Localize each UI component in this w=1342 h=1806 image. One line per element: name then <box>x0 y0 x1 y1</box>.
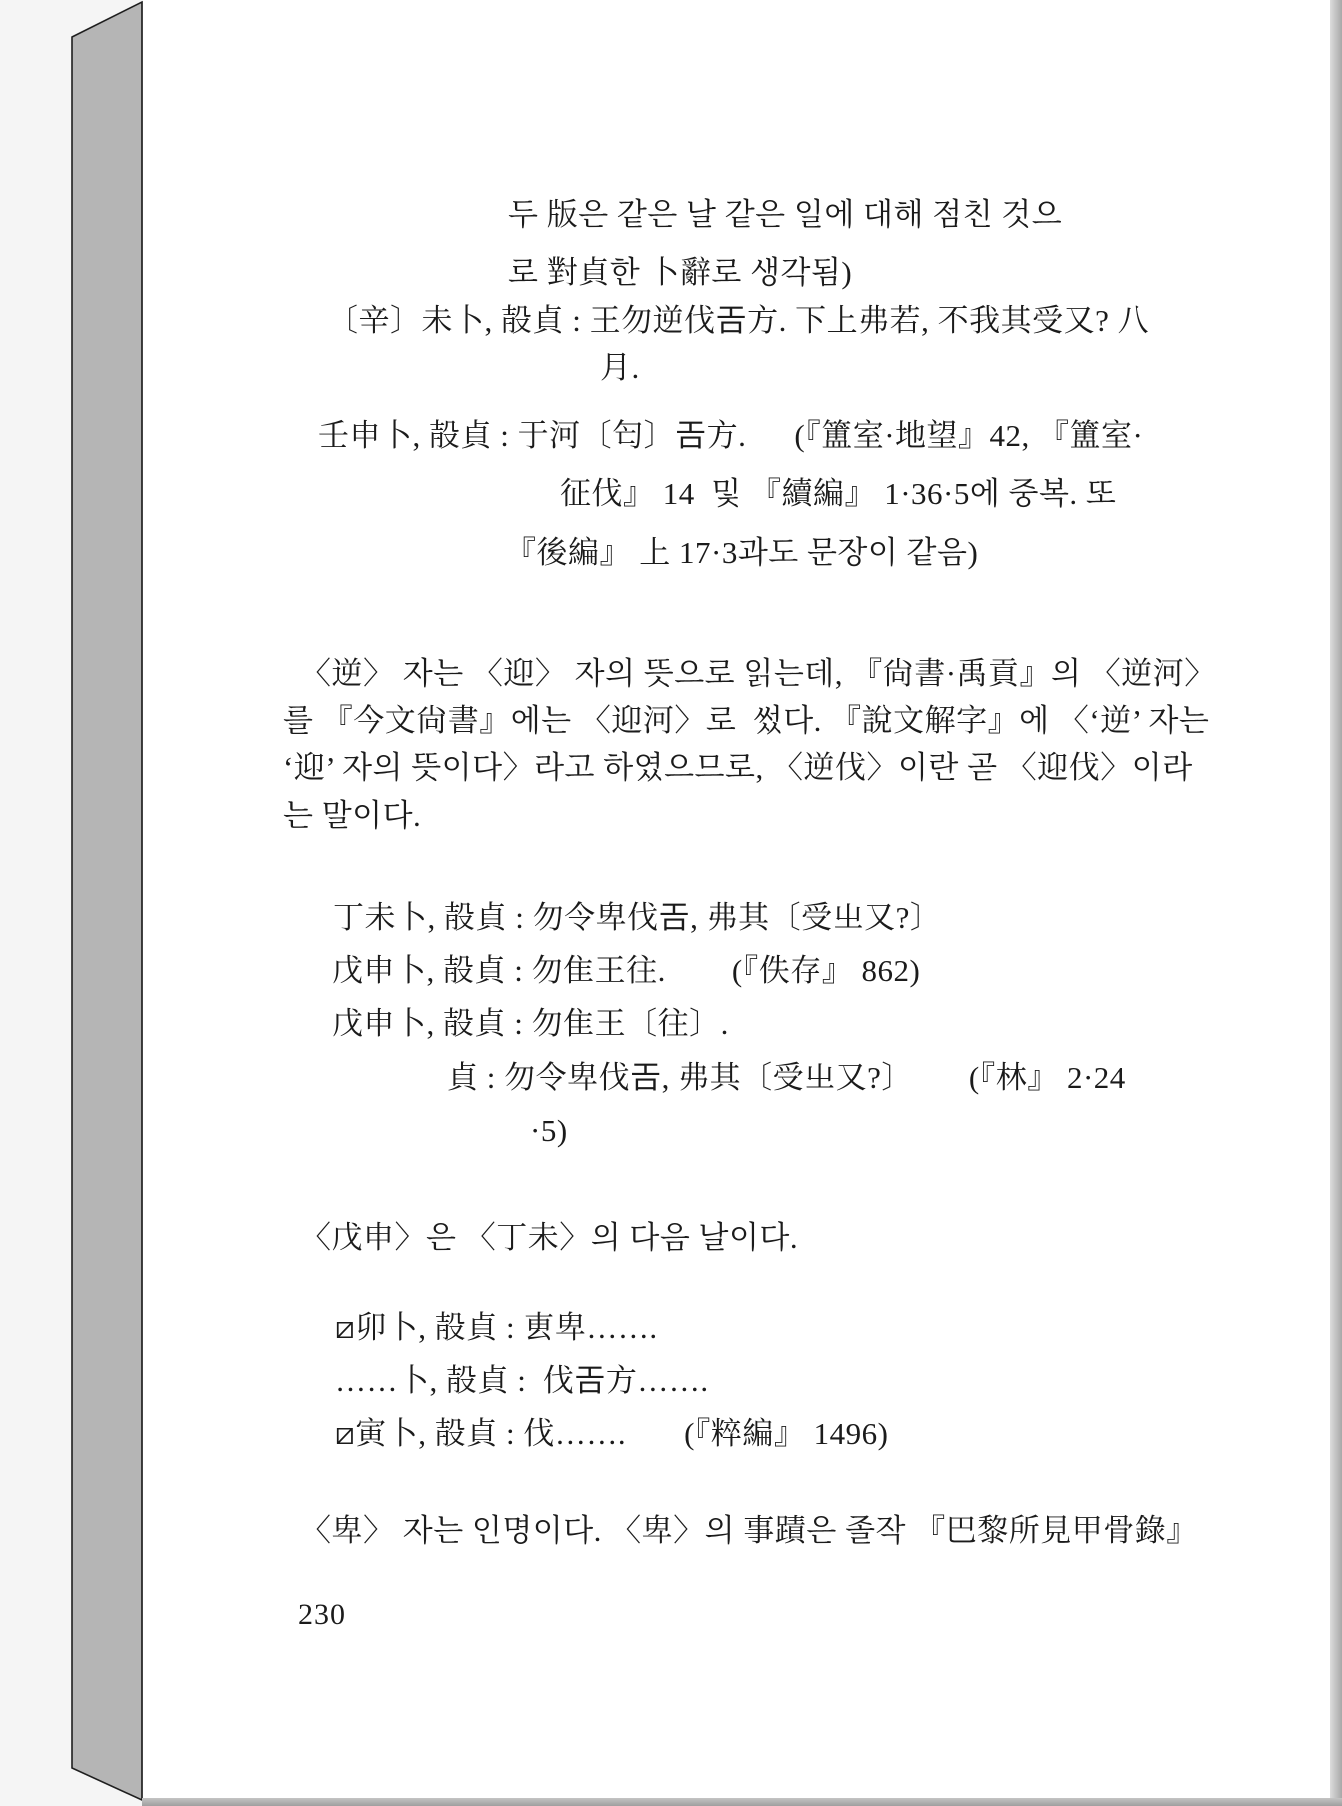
scanned-book-page: { "book_page": { "page_number": "230", "… <box>0 0 1342 1806</box>
line-text: 貞 : 勿令卑伐𢀛, 弗其〔受㞢又?〕 <box>447 1060 913 1095</box>
text-line: 戊申卜, 㱿貞 : 勿隹王往.(『佚存』 862) <box>332 953 920 989</box>
text-line: ⧄卯卜, 㱿貞 : 叀卑……. <box>335 1310 658 1346</box>
line-text: 를 『今文尙書』에는 〈迎河〉로 썼다. 『說文解字』에 〈‘逆’ 자는 <box>283 703 1209 738</box>
line-text: ……卜, 㱿貞 : 伐𢀛方……. <box>335 1363 709 1398</box>
text-line: 〈逆〉 자는 〈迎〉 자의 뜻으로 읽는데, 『尙書·禹貢』의 〈逆河〉 <box>300 656 1216 692</box>
text-line: 는 말이다. <box>283 798 421 834</box>
line-text: 〔辛〕未卜, 㱿貞 : 王勿逆伐𢀛方. 下上弗若, 不我其受又? 八 <box>327 303 1149 338</box>
text-line: ·5) <box>530 1113 568 1149</box>
line-text: 는 말이다. <box>283 798 421 833</box>
text-line: 征伐』 14 및 『續編』 1·36·5에 중복. 또 <box>560 476 1116 512</box>
citation: (『粹編』 1496) <box>684 1416 888 1452</box>
text-line: 〔辛〕未卜, 㱿貞 : 王勿逆伐𢀛方. 下上弗若, 不我其受又? 八 <box>327 303 1149 339</box>
line-text: 戊申卜, 㱿貞 : 勿隹王往. <box>332 953 666 988</box>
text-line: ⧄寅卜, 㱿貞 : 伐…….(『粹編』 1496) <box>335 1416 889 1452</box>
text-line: 丁未卜, 㱿貞 : 勿令卑伐𢀛, 弗其〔受㞢又?〕 <box>333 900 941 936</box>
line-text: 〈卑〉 자는 인명이다. 〈卑〉의 事蹟은 졸작 『巴黎所見甲骨錄』 <box>300 1513 1198 1548</box>
text-line: ‘迎’ 자의 뜻이다〉라고 하였으므로, 〈逆伐〉이란 곧 〈迎伐〉이라 <box>283 750 1193 786</box>
text-line: 『後編』 上 17·3과도 문장이 같음) <box>505 535 978 571</box>
text-line: 〈卑〉 자는 인명이다. 〈卑〉의 事蹟은 졸작 『巴黎所見甲骨錄』 <box>300 1513 1198 1549</box>
line-text: ‘迎’ 자의 뜻이다〉라고 하였으므로, 〈逆伐〉이란 곧 〈迎伐〉이라 <box>283 750 1193 785</box>
line-text: 征伐』 14 및 『續編』 1·36·5에 중복. 또 <box>560 476 1116 511</box>
line-text: 『後編』 上 17·3과도 문장이 같음) <box>505 535 978 570</box>
line-text: 丁未卜, 㱿貞 : 勿令卑伐𢀛, 弗其〔受㞢又?〕 <box>333 900 941 935</box>
text-line: ……卜, 㱿貞 : 伐𢀛方……. <box>335 1363 709 1399</box>
page-number: 230 <box>298 1598 346 1632</box>
text-layer: 두 版은 같은 날 같은 일에 대해 점친 것으로 對貞한 卜辭로 생각됨)〔辛… <box>0 0 1342 1806</box>
line-text: 로 對貞한 卜辭로 생각됨) <box>508 255 852 290</box>
citation: (『佚存』 862) <box>732 953 920 989</box>
citation: (『林』 2·24 <box>969 1060 1126 1096</box>
line-text: 壬申卜, 㱿貞 : 于河〔匄〕𢀛方. <box>318 418 746 453</box>
text-line: 戊申卜, 㱿貞 : 勿隹王〔往〕. <box>332 1006 729 1042</box>
line-text: 〈戊申〉은 〈丁未〉의 다음 날이다. <box>300 1220 798 1255</box>
text-line: 月. <box>600 350 640 386</box>
text-line: 두 版은 같은 날 같은 일에 대해 점친 것으 <box>508 197 1062 233</box>
line-text: ⧄卯卜, 㱿貞 : 叀卑……. <box>335 1310 658 1345</box>
line-text: 月. <box>600 350 640 385</box>
line-text: 두 版은 같은 날 같은 일에 대해 점친 것으 <box>508 197 1062 232</box>
text-line: 壬申卜, 㱿貞 : 于河〔匄〕𢀛方.(『簠室·地望』42, 『簠室· <box>318 418 1143 454</box>
line-text: ⧄寅卜, 㱿貞 : 伐……. <box>335 1416 626 1451</box>
text-line: 〈戊申〉은 〈丁未〉의 다음 날이다. <box>300 1220 798 1256</box>
line-text: ·5) <box>530 1113 568 1148</box>
citation: (『簠室·地望』42, 『簠室· <box>794 418 1143 454</box>
text-line: 로 對貞한 卜辭로 생각됨) <box>508 255 852 291</box>
line-text: 戊申卜, 㱿貞 : 勿隹王〔往〕. <box>332 1006 729 1041</box>
text-line: 를 『今文尙書』에는 〈迎河〉로 썼다. 『說文解字』에 〈‘逆’ 자는 <box>283 703 1209 739</box>
text-line: 貞 : 勿令卑伐𢀛, 弗其〔受㞢又?〕(『林』 2·24 <box>447 1060 1126 1096</box>
line-text: 〈逆〉 자는 〈迎〉 자의 뜻으로 읽는데, 『尙書·禹貢』의 〈逆河〉 <box>300 656 1216 691</box>
